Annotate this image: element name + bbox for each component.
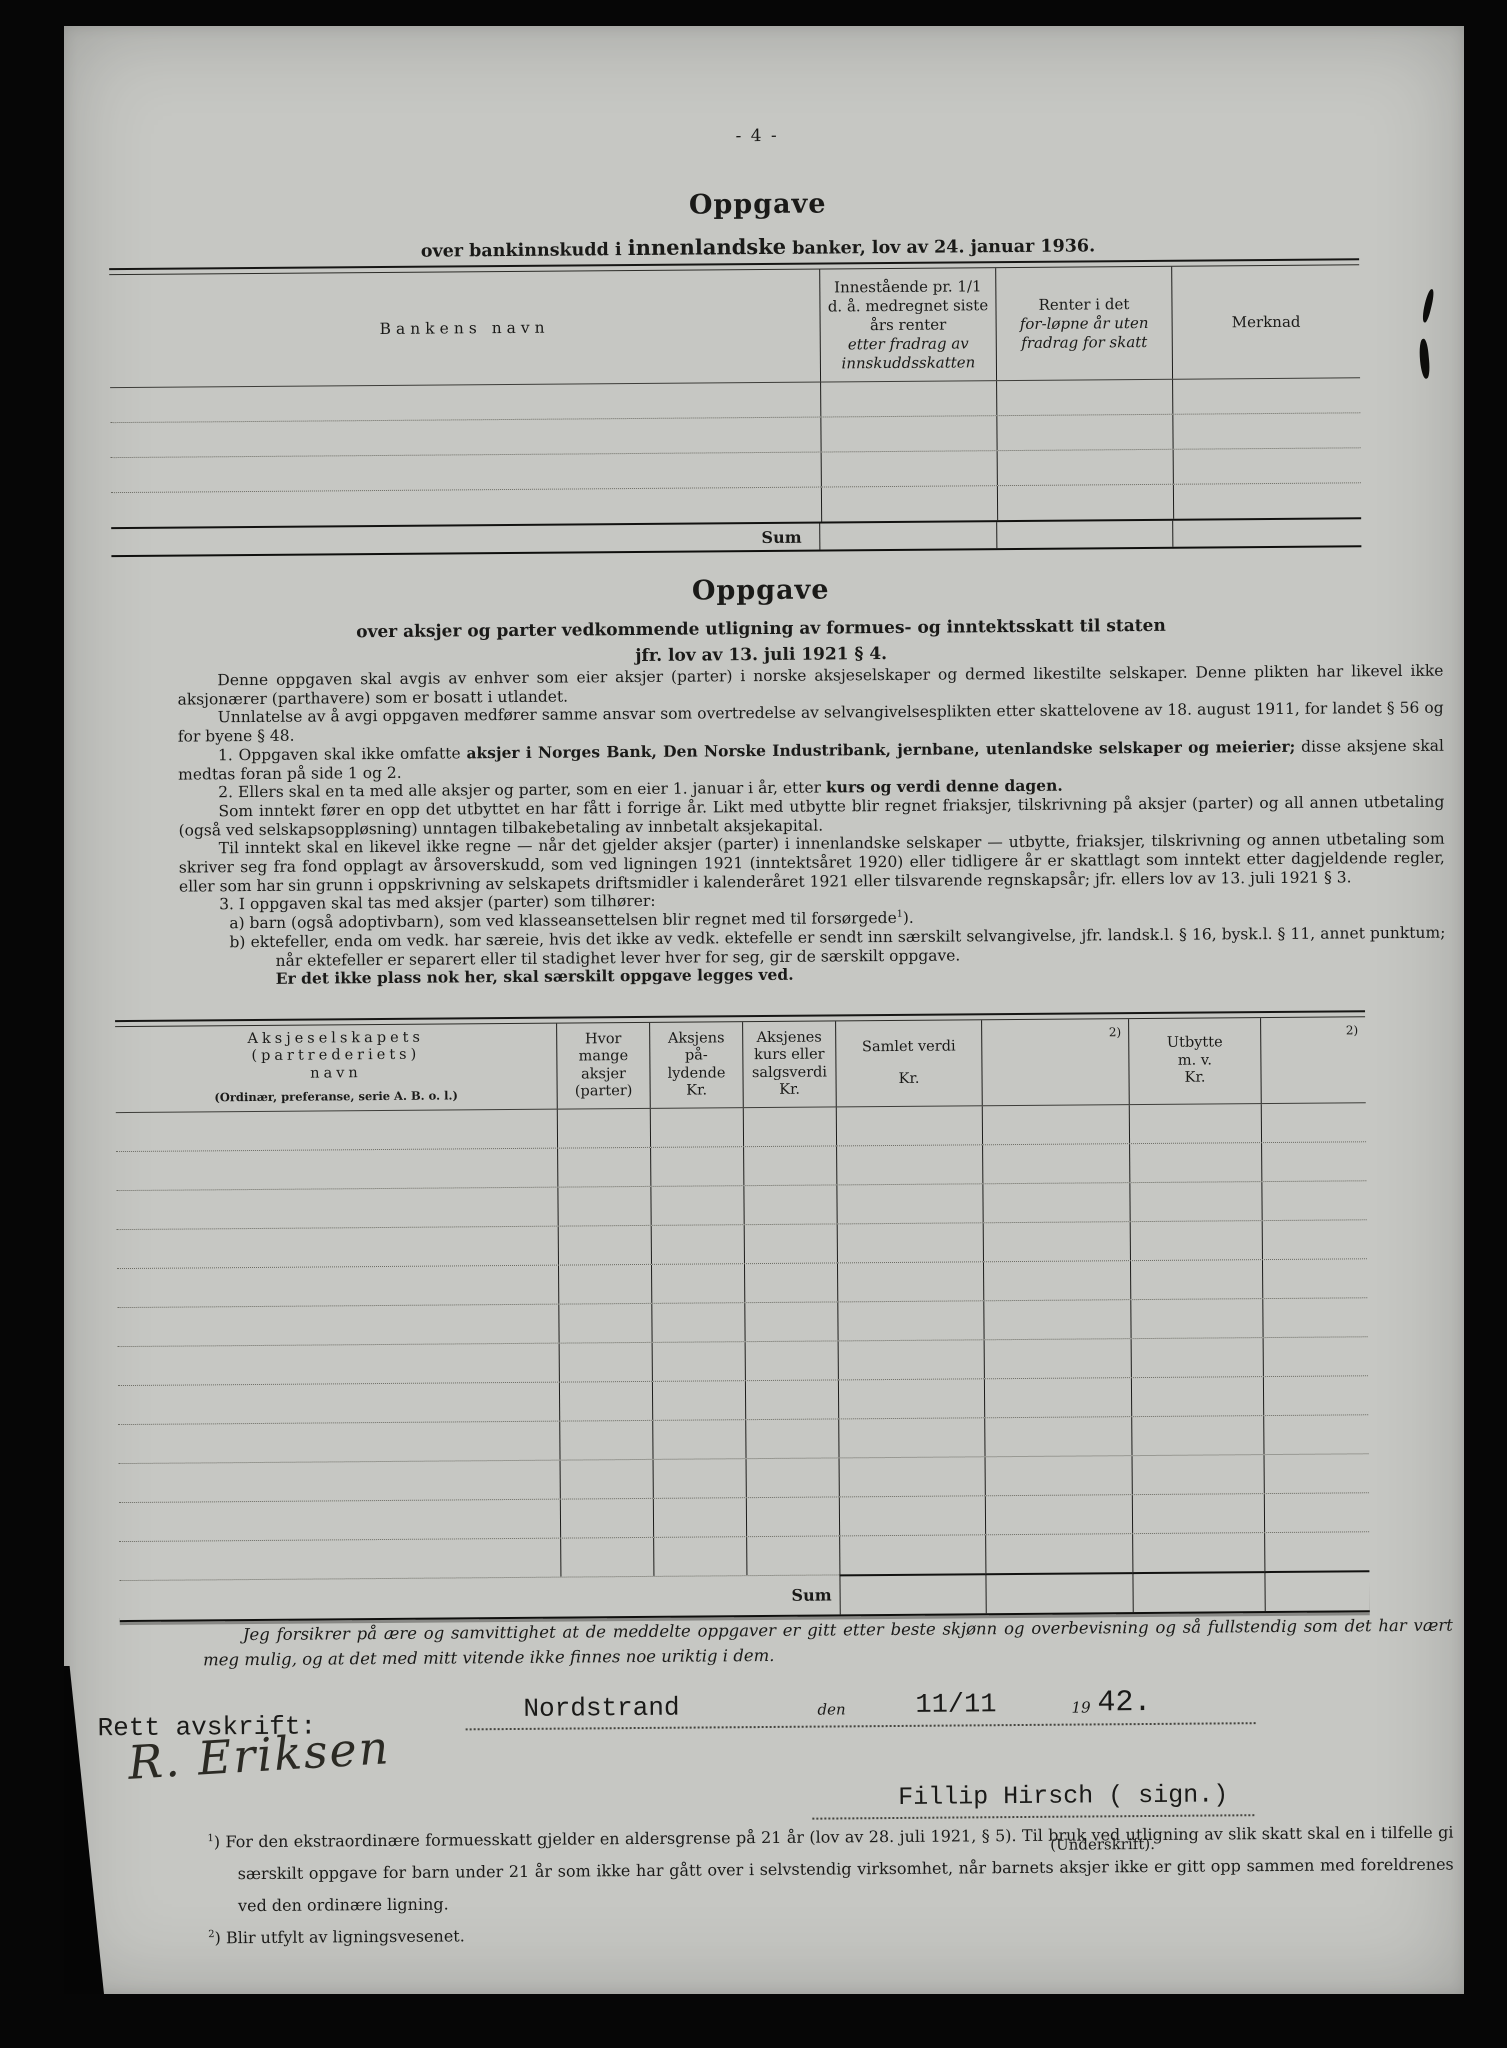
ink-mark — [1418, 338, 1431, 379]
col-share-count: Hvormangeaksjer(parter) — [556, 1023, 650, 1109]
place-value: Nordstrand — [523, 1693, 679, 1724]
bank-table-header: Bankens navn Innestående pr. 1/1 d. å. m… — [109, 265, 1360, 388]
shares-table: Aksjeselskapets(partrederiets)navn (Ordi… — [115, 1010, 1370, 1622]
footnote-marker: 2) — [1109, 1024, 1121, 1042]
ink-mark — [1421, 288, 1436, 323]
col-rate-value: Aksjeneskurs ellersalgsverdiKr. — [742, 1021, 836, 1107]
affirmation-text: Jeg forsikrer på ære og samvittighet at … — [203, 1613, 1453, 1673]
instructions-text: Denne oppgaven skal avgis av enhver som … — [177, 662, 1445, 990]
footnotes: 1) For den ekstraordinære formuesskatt g… — [207, 1817, 1454, 1955]
page-content: - 4 - Oppgave over bankinnskudd i innenl… — [64, 26, 1464, 1994]
col-total-value: Samlet verdi Kr. — [835, 1020, 982, 1106]
col-remark: Merknad — [1171, 265, 1360, 378]
den-label: den — [817, 1700, 845, 1718]
shares-table-header: Aksjeselskapets(partrederiets)navn (Ordi… — [115, 1017, 1366, 1113]
bank-table: Bankens navn Innestående pr. 1/1 d. å. m… — [109, 258, 1361, 557]
bank-sum-label: Sum — [111, 527, 819, 552]
col-dividend: Utbyttem. v.Kr. — [1128, 1018, 1261, 1104]
col-balance: Innestående pr. 1/1 d. å. medregnet sist… — [819, 268, 996, 381]
col-interest: Renter i det for-løpne år uten fradrag f… — [995, 267, 1172, 380]
shares-sum-label: Sum — [119, 1574, 839, 1620]
col-official-use-2: 2) — [1260, 1017, 1366, 1103]
place-date-line: Nordstrand den 11/11 19 42. — [465, 1667, 1255, 1730]
scanned-form-page: { "colors": {"paper": "#c6c7c3", "ink": … — [0, 0, 1507, 2048]
col-bank-name: Bankens navn — [109, 270, 820, 388]
bank-section-title: Oppgave — [64, 184, 1458, 226]
paragraph: Til inntekt skal en likevel ikke regne —… — [179, 830, 1445, 896]
shares-section-subtitle: over aksjer og parter vedkommende utlign… — [64, 614, 1461, 645]
signer-name: Fillip Hirsch ( sign.) — [898, 1780, 1228, 1812]
year-value: 42. — [1097, 1686, 1151, 1720]
scanned-paper: - 4 - Oppgave over bankinnskudd i innenl… — [64, 26, 1464, 1994]
col-official-use-1: 2) — [981, 1019, 1129, 1105]
col-company: Aksjeselskapets(partrederiets)navn (Ordi… — [115, 1024, 557, 1112]
year-prefix: 19 — [1071, 1698, 1090, 1716]
page-number: - 4 - — [64, 121, 1457, 152]
date-value: 11/11 — [915, 1690, 996, 1721]
shares-section-title: Oppgave — [64, 570, 1461, 612]
footnote-marker: 2) — [1346, 1022, 1358, 1040]
footnote-1: 1) For den ekstraordinære formuesskatt g… — [207, 1817, 1454, 1923]
col-nominal-value: Aksjenspå-lydendeKr. — [649, 1022, 743, 1108]
signature-line: Fillip Hirsch ( sign.) — [812, 1762, 1254, 1819]
